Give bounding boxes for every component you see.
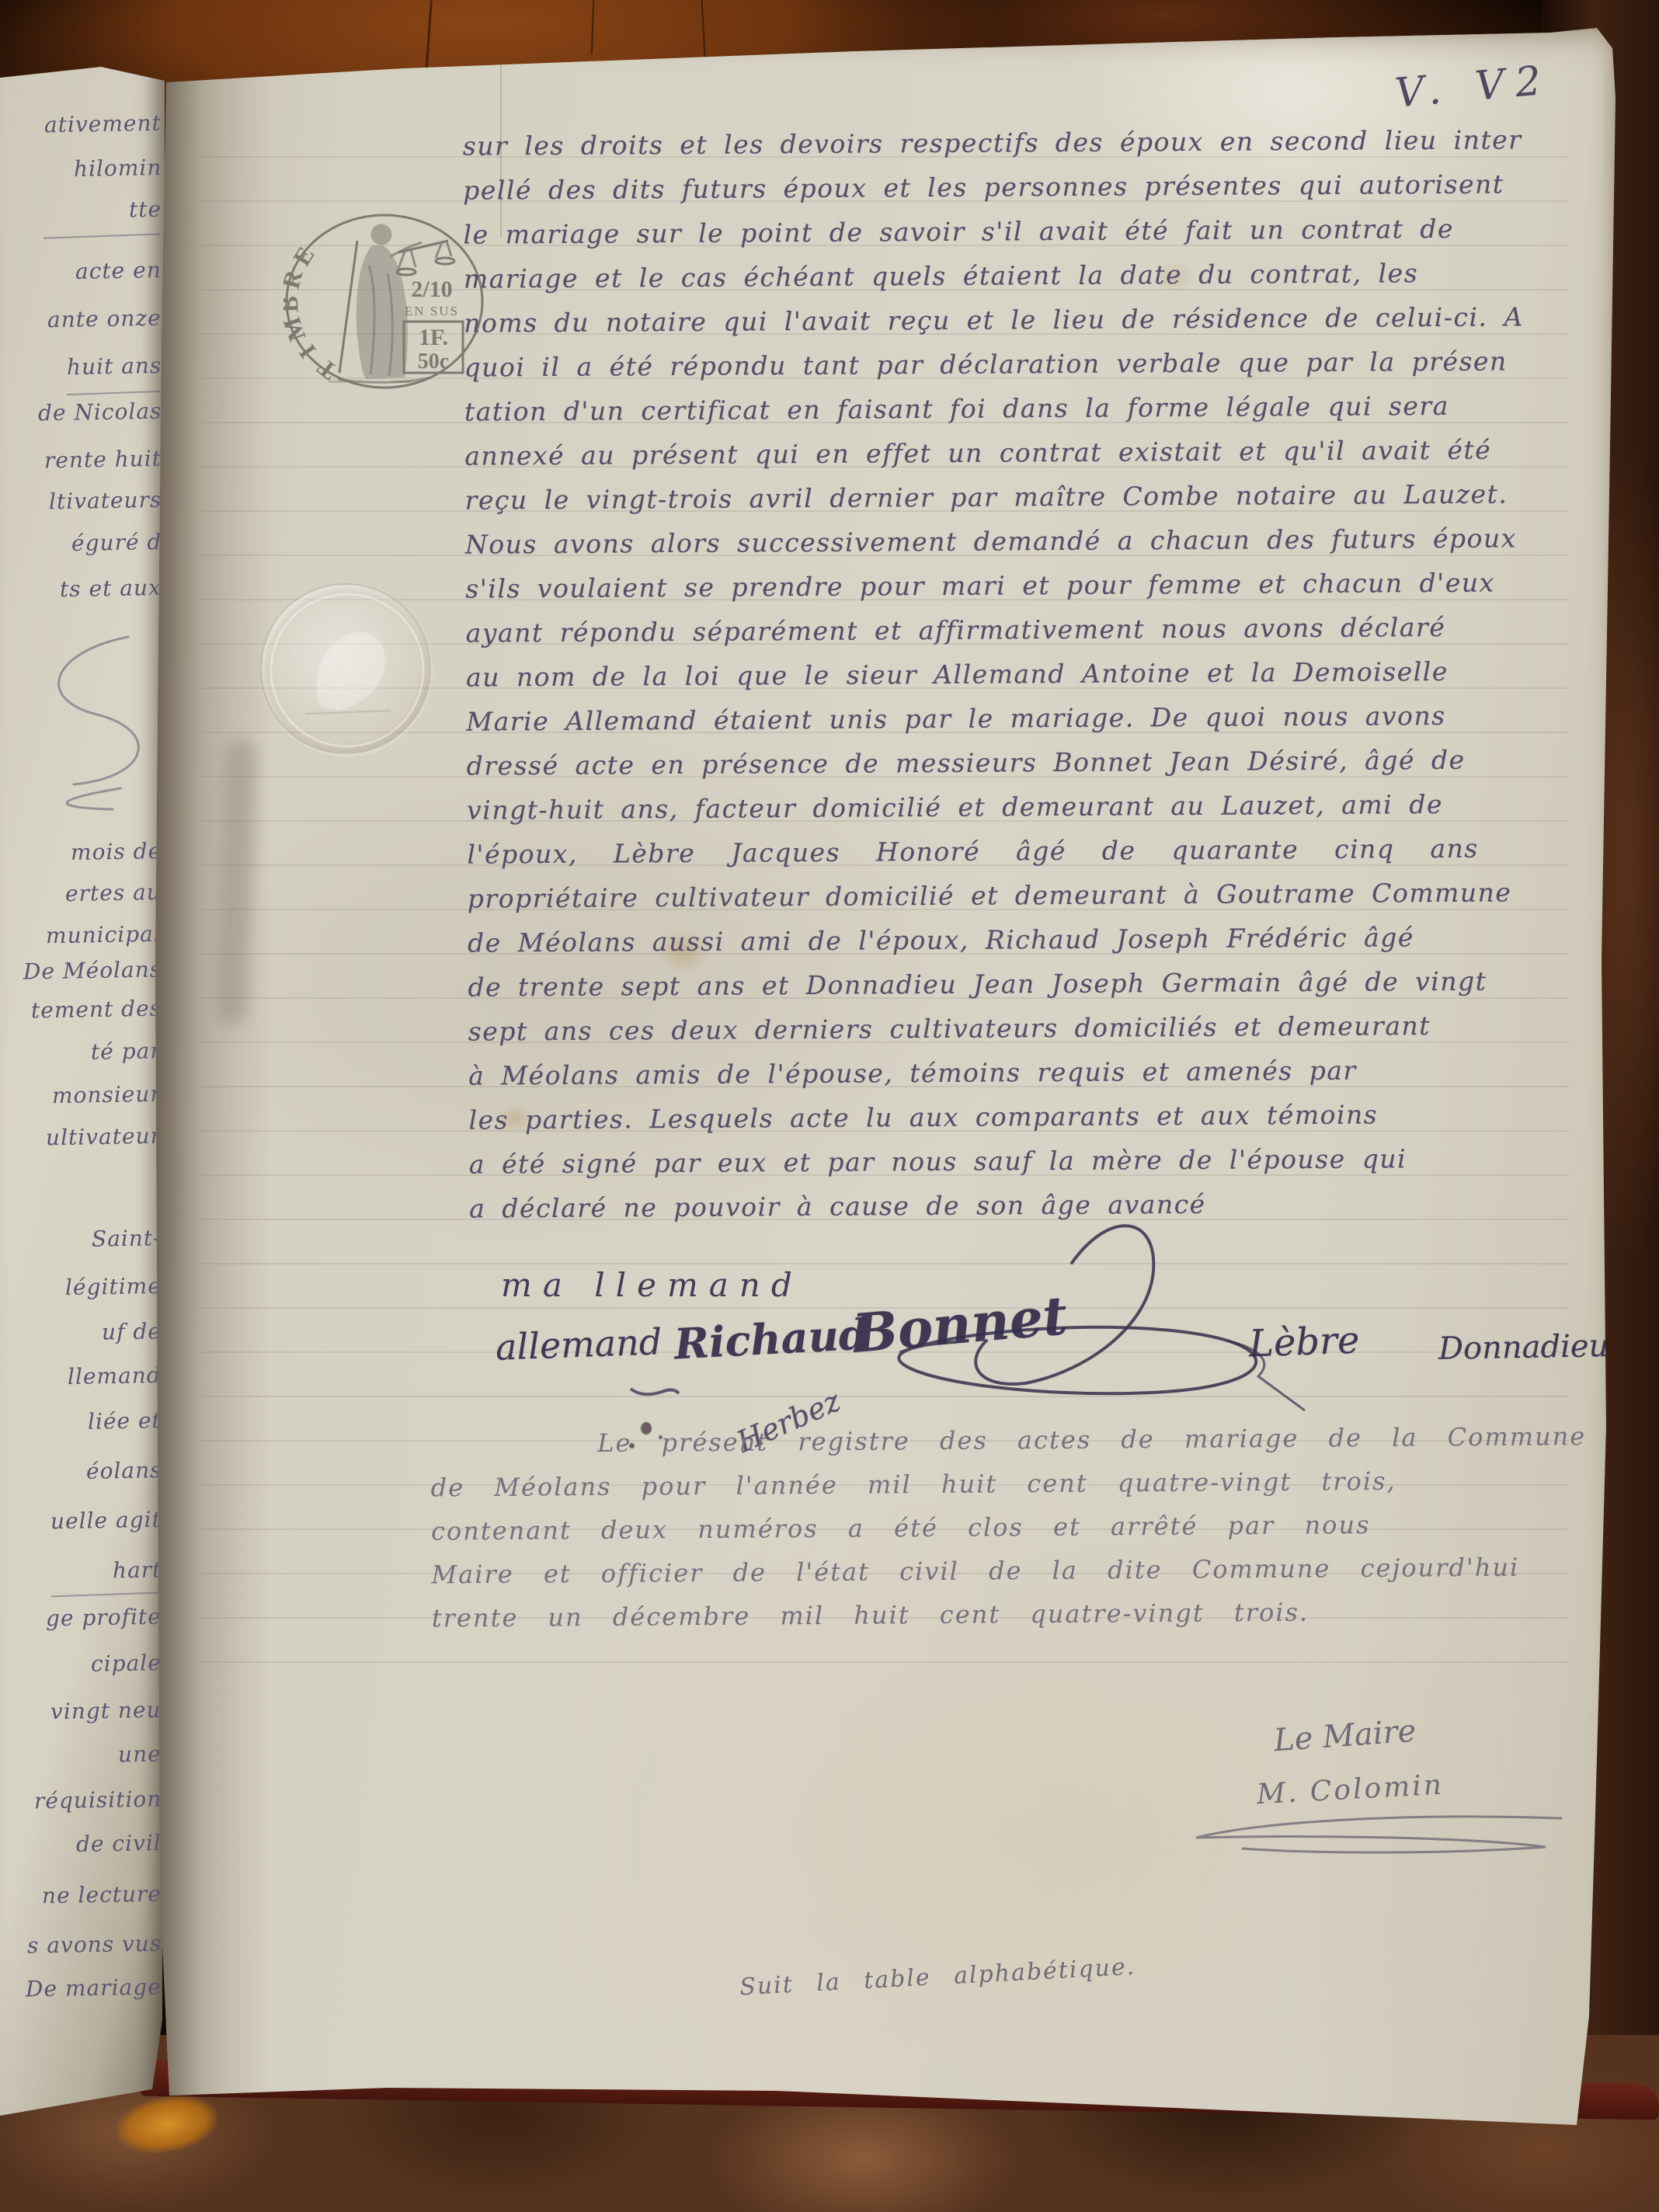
- left-page-text-fragment: De Méolans: [23, 956, 162, 984]
- act-text-line: a été signé par eux et par nous sauf la …: [469, 1135, 1650, 1186]
- act-text-line: de Méolans aussi ami de l'époux, Richaud…: [468, 913, 1648, 965]
- act-text-line: au nom de la loi que le sieur Allemand A…: [466, 648, 1647, 699]
- act-text-line: Marie Allemand étaient unis par le maria…: [466, 692, 1647, 743]
- left-page-text-fragment: uf de: [102, 1318, 162, 1344]
- signature-lebre: Lèbre: [1248, 1319, 1360, 1366]
- left-page-text-fragment: ne lecture: [42, 1881, 162, 1909]
- left-page-text-fragment: municipal: [46, 921, 162, 949]
- closing-line: trente un décembre mil huit cent quatre-…: [432, 1588, 1659, 1640]
- left-page-text-fragment: acte en: [75, 257, 162, 284]
- folio-annotation: V. V2: [1393, 57, 1554, 117]
- left-page-text-fragment: uelle agit: [50, 1507, 162, 1534]
- act-text-line: sur les droits et les devoirs respectifs…: [463, 117, 1643, 168]
- mayor-title: Le Maire: [1273, 1713, 1417, 1759]
- left-page-text-fragment: llemand: [68, 1362, 162, 1389]
- left-page-text-fragment: ts et aux: [60, 575, 162, 602]
- left-page-text-fragment: hart: [112, 1556, 162, 1583]
- mayor-signature: M. Colomin: [1256, 1769, 1445, 1811]
- left-page-text-fragment: de Nicolas: [37, 398, 162, 426]
- left-page-text-fragment: cipale: [91, 1650, 162, 1677]
- left-page-text-fragment: ante onze: [47, 305, 162, 333]
- left-page-text-fragment: té par: [91, 1038, 162, 1065]
- left-page-text-fragment: réquisition: [33, 1786, 162, 1814]
- svg-text:I: I: [293, 339, 321, 363]
- left-page-text-fragment: tte: [129, 197, 162, 223]
- left-page-text-fragment: légitime: [65, 1273, 162, 1300]
- act-text-line: reçu le vingt-trois avril dernier par ma…: [464, 471, 1645, 522]
- act-text-line: sept ans ces deux derniers cultivateurs …: [468, 1002, 1649, 1053]
- table-alphabetique-note: Suit la table alphabétique.: [739, 1953, 1136, 2002]
- pen-flourish: [4, 614, 159, 816]
- left-page-text-fragment: ge profite: [46, 1604, 162, 1632]
- closing-statement: Le présent registre des actes de mariage…: [430, 1414, 1659, 1640]
- left-page-text-fragment: tement des: [31, 996, 162, 1024]
- embossed-seal-icon: [260, 583, 431, 754]
- stamp-ring-text: T I M B R E: [283, 242, 342, 386]
- wood-grain-crack: [591, 0, 594, 54]
- left-page-text-fragment: hilomin: [73, 155, 162, 182]
- left-page-text-fragment: ertes au: [65, 879, 162, 906]
- mayor-paraph: [1188, 1807, 1577, 1876]
- left-page-text-fragment: rente huit: [44, 446, 162, 474]
- svg-text:B: B: [283, 296, 303, 314]
- registry-photo: ativement hilomin tte acte en ante onze …: [0, 0, 1659, 2212]
- gutter-shadow: [155, 28, 272, 2156]
- left-page-text-fragment: ativement: [44, 110, 162, 138]
- left-page-text-fragment: mois de: [71, 838, 162, 865]
- act-text-line: quoi il a été répondu tant par déclarati…: [464, 338, 1644, 389]
- act-text-line: de trente sept ans et Donnadieu Jean Jos…: [468, 958, 1648, 1009]
- stamp-surcharge: 2/10: [411, 276, 452, 302]
- act-text-block: sur les droits et les devoirs respectifs…: [463, 117, 1650, 1230]
- act-text-line: Nous avons alors successivement demandé …: [465, 515, 1646, 566]
- closing-line: Le présent registre des actes de mariage…: [430, 1414, 1657, 1466]
- timbre-revenue-stamp: T I M B R E 2/10: [283, 211, 485, 391]
- act-text-line: vingt-huit ans, facteur domicilié et dem…: [467, 781, 1647, 832]
- signature-richaud: Richaud: [673, 1309, 869, 1369]
- left-page-text-fragment: ltivateurs: [48, 487, 162, 515]
- left-page-text-fragment: ultivateur: [46, 1123, 162, 1151]
- left-page-text-fragment: vingt neu: [50, 1697, 162, 1724]
- pen-dash: [67, 391, 160, 395]
- stamp-surcharge-words: EN SUS: [405, 304, 459, 318]
- bride-signature-attempt: ma llemand: [501, 1266, 803, 1304]
- pen-dash: [43, 233, 160, 238]
- act-text-line: noms du notaire qui l'avait reçu et le l…: [464, 294, 1644, 345]
- left-page-text-fragment: de civil: [76, 1830, 162, 1857]
- left-page-text-fragment: huit ans: [66, 353, 162, 380]
- act-text-line: les parties. Lesquels acte lu aux compar…: [468, 1090, 1649, 1142]
- register-page: V. V2 T I M B R E: [155, 28, 1616, 2156]
- left-page-text-fragment: s avons vus: [27, 1930, 162, 1958]
- act-text-line: tation d'un certificat en faisant foi da…: [464, 382, 1645, 433]
- act-text-line: mariage et le cas échéant quels étaient …: [464, 249, 1644, 301]
- act-text-line: à Méolans amis de l'épouse, témoins requ…: [468, 1046, 1649, 1097]
- closing-line: Maire et officier de l'état civil de la …: [431, 1544, 1658, 1596]
- stamp-fee-francs: 1F.: [419, 325, 448, 350]
- previous-page-edge: ativement hilomin tte acte en ante onze …: [0, 0, 165, 2144]
- left-page-text-fragment: monsieur: [52, 1081, 162, 1108]
- ink-smudge: [217, 737, 258, 1025]
- left-page-text-fragment: De mariage: [26, 1974, 162, 2002]
- act-text-line: l'époux, Lèbre Jacques Honoré âgé de qua…: [467, 825, 1647, 876]
- act-text-line: ayant répondu séparément et affirmativem…: [465, 603, 1646, 655]
- act-text-line: annexé au présent qui en effet un contra…: [464, 426, 1645, 478]
- stamp-fee-centimes: 50c: [418, 350, 449, 374]
- svg-text:R: R: [283, 266, 308, 291]
- pen-dash: [51, 1592, 160, 1598]
- signature-donnadieu: Donnadieu: [1438, 1328, 1609, 1367]
- svg-text:E: E: [287, 242, 320, 270]
- left-page-text-fragment: éolans: [85, 1457, 162, 1484]
- left-page-text-fragment: Saint-: [92, 1225, 162, 1252]
- left-page-text-fragment: une: [118, 1741, 162, 1768]
- act-text-line: le mariage sur le point de savoir s'il a…: [463, 205, 1643, 256]
- signature-allemand: allemand: [495, 1320, 663, 1368]
- left-page-text-fragment: éguré d: [71, 529, 162, 556]
- signature-bonnet: Bonnet: [850, 1285, 1069, 1365]
- act-text-line: s'ils voulaient se prendre pour mari et …: [465, 559, 1646, 610]
- act-text-line: a déclaré ne pouvoir à cause de son âge …: [469, 1179, 1650, 1230]
- left-page-text-fragment: liée et: [88, 1407, 162, 1435]
- act-text-line: propriétaire cultivateur domicilié et de…: [468, 869, 1648, 920]
- act-text-line: dressé acte en présence de messieurs Bon…: [467, 736, 1647, 788]
- act-text-line: pellé des dits futurs époux et les perso…: [463, 161, 1643, 212]
